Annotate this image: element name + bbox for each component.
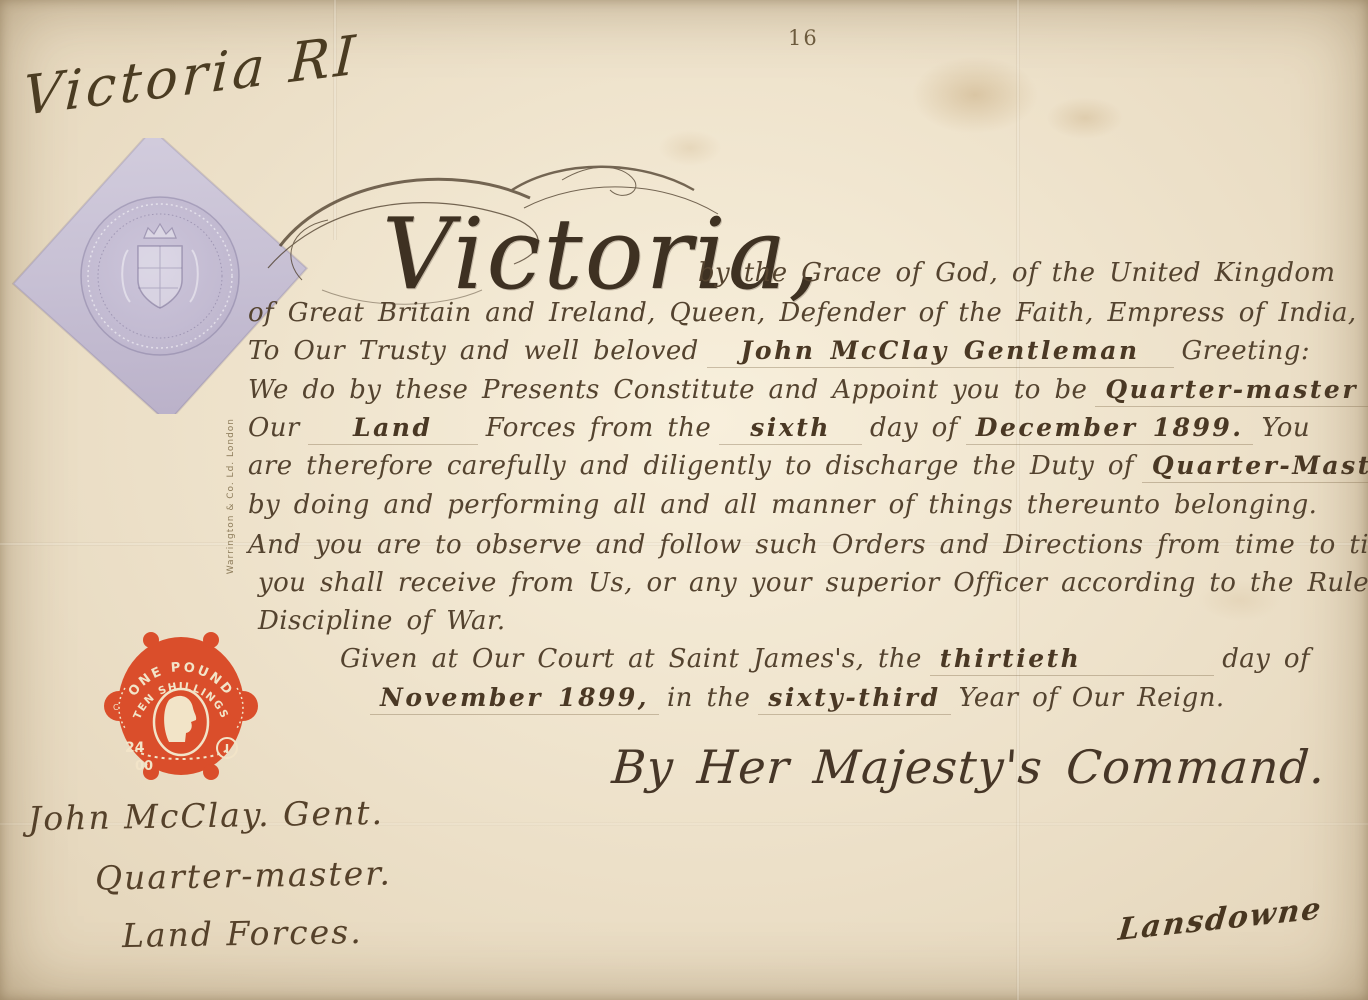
command-line: By Her Majesty's Command. xyxy=(610,740,1327,794)
handwritten-month-year: November 1899, xyxy=(370,683,659,715)
body-text: And you are to observe and follow such O… xyxy=(248,530,1368,560)
body-line-10: Discipline of War. xyxy=(258,606,506,636)
handwritten-reign-year: sixty-third xyxy=(758,683,950,715)
body-line-2: of Great Britain and Ireland, Queen, Def… xyxy=(248,298,1368,328)
handwritten-force: Land xyxy=(308,413,478,445)
stamp-badge-I: I xyxy=(225,742,229,756)
body-line-7: by doing and performing all and all mann… xyxy=(248,490,1317,520)
body-line-11: Given at Our Court at Saint James's, the… xyxy=(340,644,1310,676)
handwritten-rank: Quarter-Master xyxy=(1142,451,1368,483)
body-line-4: We do by these Presents Constitute and A… xyxy=(248,375,1310,407)
handwritten-rank: Quarter-master xyxy=(1095,375,1368,407)
body-text: Forces from the xyxy=(486,413,711,443)
body-text: in the xyxy=(667,683,750,713)
body-text: of Great Britain and Ireland, Queen, Def… xyxy=(248,298,1368,328)
printer-imprint: Warrington & Co. Ld. London xyxy=(226,418,236,574)
stamp-number-24: 24 xyxy=(125,740,145,756)
body-text: Greeting: xyxy=(1182,336,1310,366)
docket-rank: Quarter-master. xyxy=(95,853,392,897)
body-line-12: November 1899, in the sixty-third Year o… xyxy=(362,683,1225,715)
revenue-stamp: ONE POUND TEN SHILLINGS C 24 00 I xyxy=(101,630,259,780)
body-line-1: by the Grace of God, of the United Kingd… xyxy=(698,258,1335,288)
body-line-9: you shall receive from Us, or any your s… xyxy=(258,568,1368,598)
docket-force: Land Forces. xyxy=(122,912,363,955)
body-line-8: And you are to observe and follow such O… xyxy=(248,530,1368,560)
handwritten-name: John McClay Gentleman xyxy=(707,336,1174,368)
body-text: Discipline of War. xyxy=(258,606,506,636)
body-line-5: Our Land Forces from the sixth day of De… xyxy=(248,413,1310,445)
body-text: Year of Our Reign. xyxy=(959,683,1225,713)
body-text: by the Grace of God, of the United Kingd… xyxy=(698,258,1335,288)
handwritten-month-year: December 1899. xyxy=(966,413,1254,445)
commission-document: 16 Victoria RI xyxy=(0,0,1368,1000)
body-text: are therefore carefully and diligently t… xyxy=(248,451,1134,481)
document-title: Victoria, xyxy=(382,198,821,312)
body-text: Given at Our Court at Saint James's, the xyxy=(340,644,922,674)
docket-name: John McClay. Gent. xyxy=(28,793,385,838)
body-line-3: To Our Trusty and well beloved John McCl… xyxy=(248,336,1310,368)
body-text: Our xyxy=(248,413,300,443)
body-text: day of xyxy=(870,413,958,443)
page-number: 16 xyxy=(788,26,819,50)
body-text: You xyxy=(1261,413,1310,443)
body-text: We do by these Presents Constitute and A… xyxy=(248,375,1087,405)
minister-signature: Lansdowne xyxy=(1117,891,1325,948)
body-text: day of xyxy=(1222,644,1310,674)
handwritten-day: thirtieth xyxy=(930,644,1214,676)
body-line-6: are therefore carefully and diligently t… xyxy=(248,451,1310,483)
body-text: by doing and performing all and all mann… xyxy=(248,490,1317,520)
body-text: To Our Trusty and well beloved xyxy=(248,336,699,366)
royal-signature: Victoria RI xyxy=(22,23,361,128)
handwritten-day: sixth xyxy=(719,413,862,445)
stamp-side-letter: C xyxy=(113,703,119,712)
body-text: you shall receive from Us, or any your s… xyxy=(258,568,1368,598)
stamp-number-00: 00 xyxy=(135,759,153,774)
